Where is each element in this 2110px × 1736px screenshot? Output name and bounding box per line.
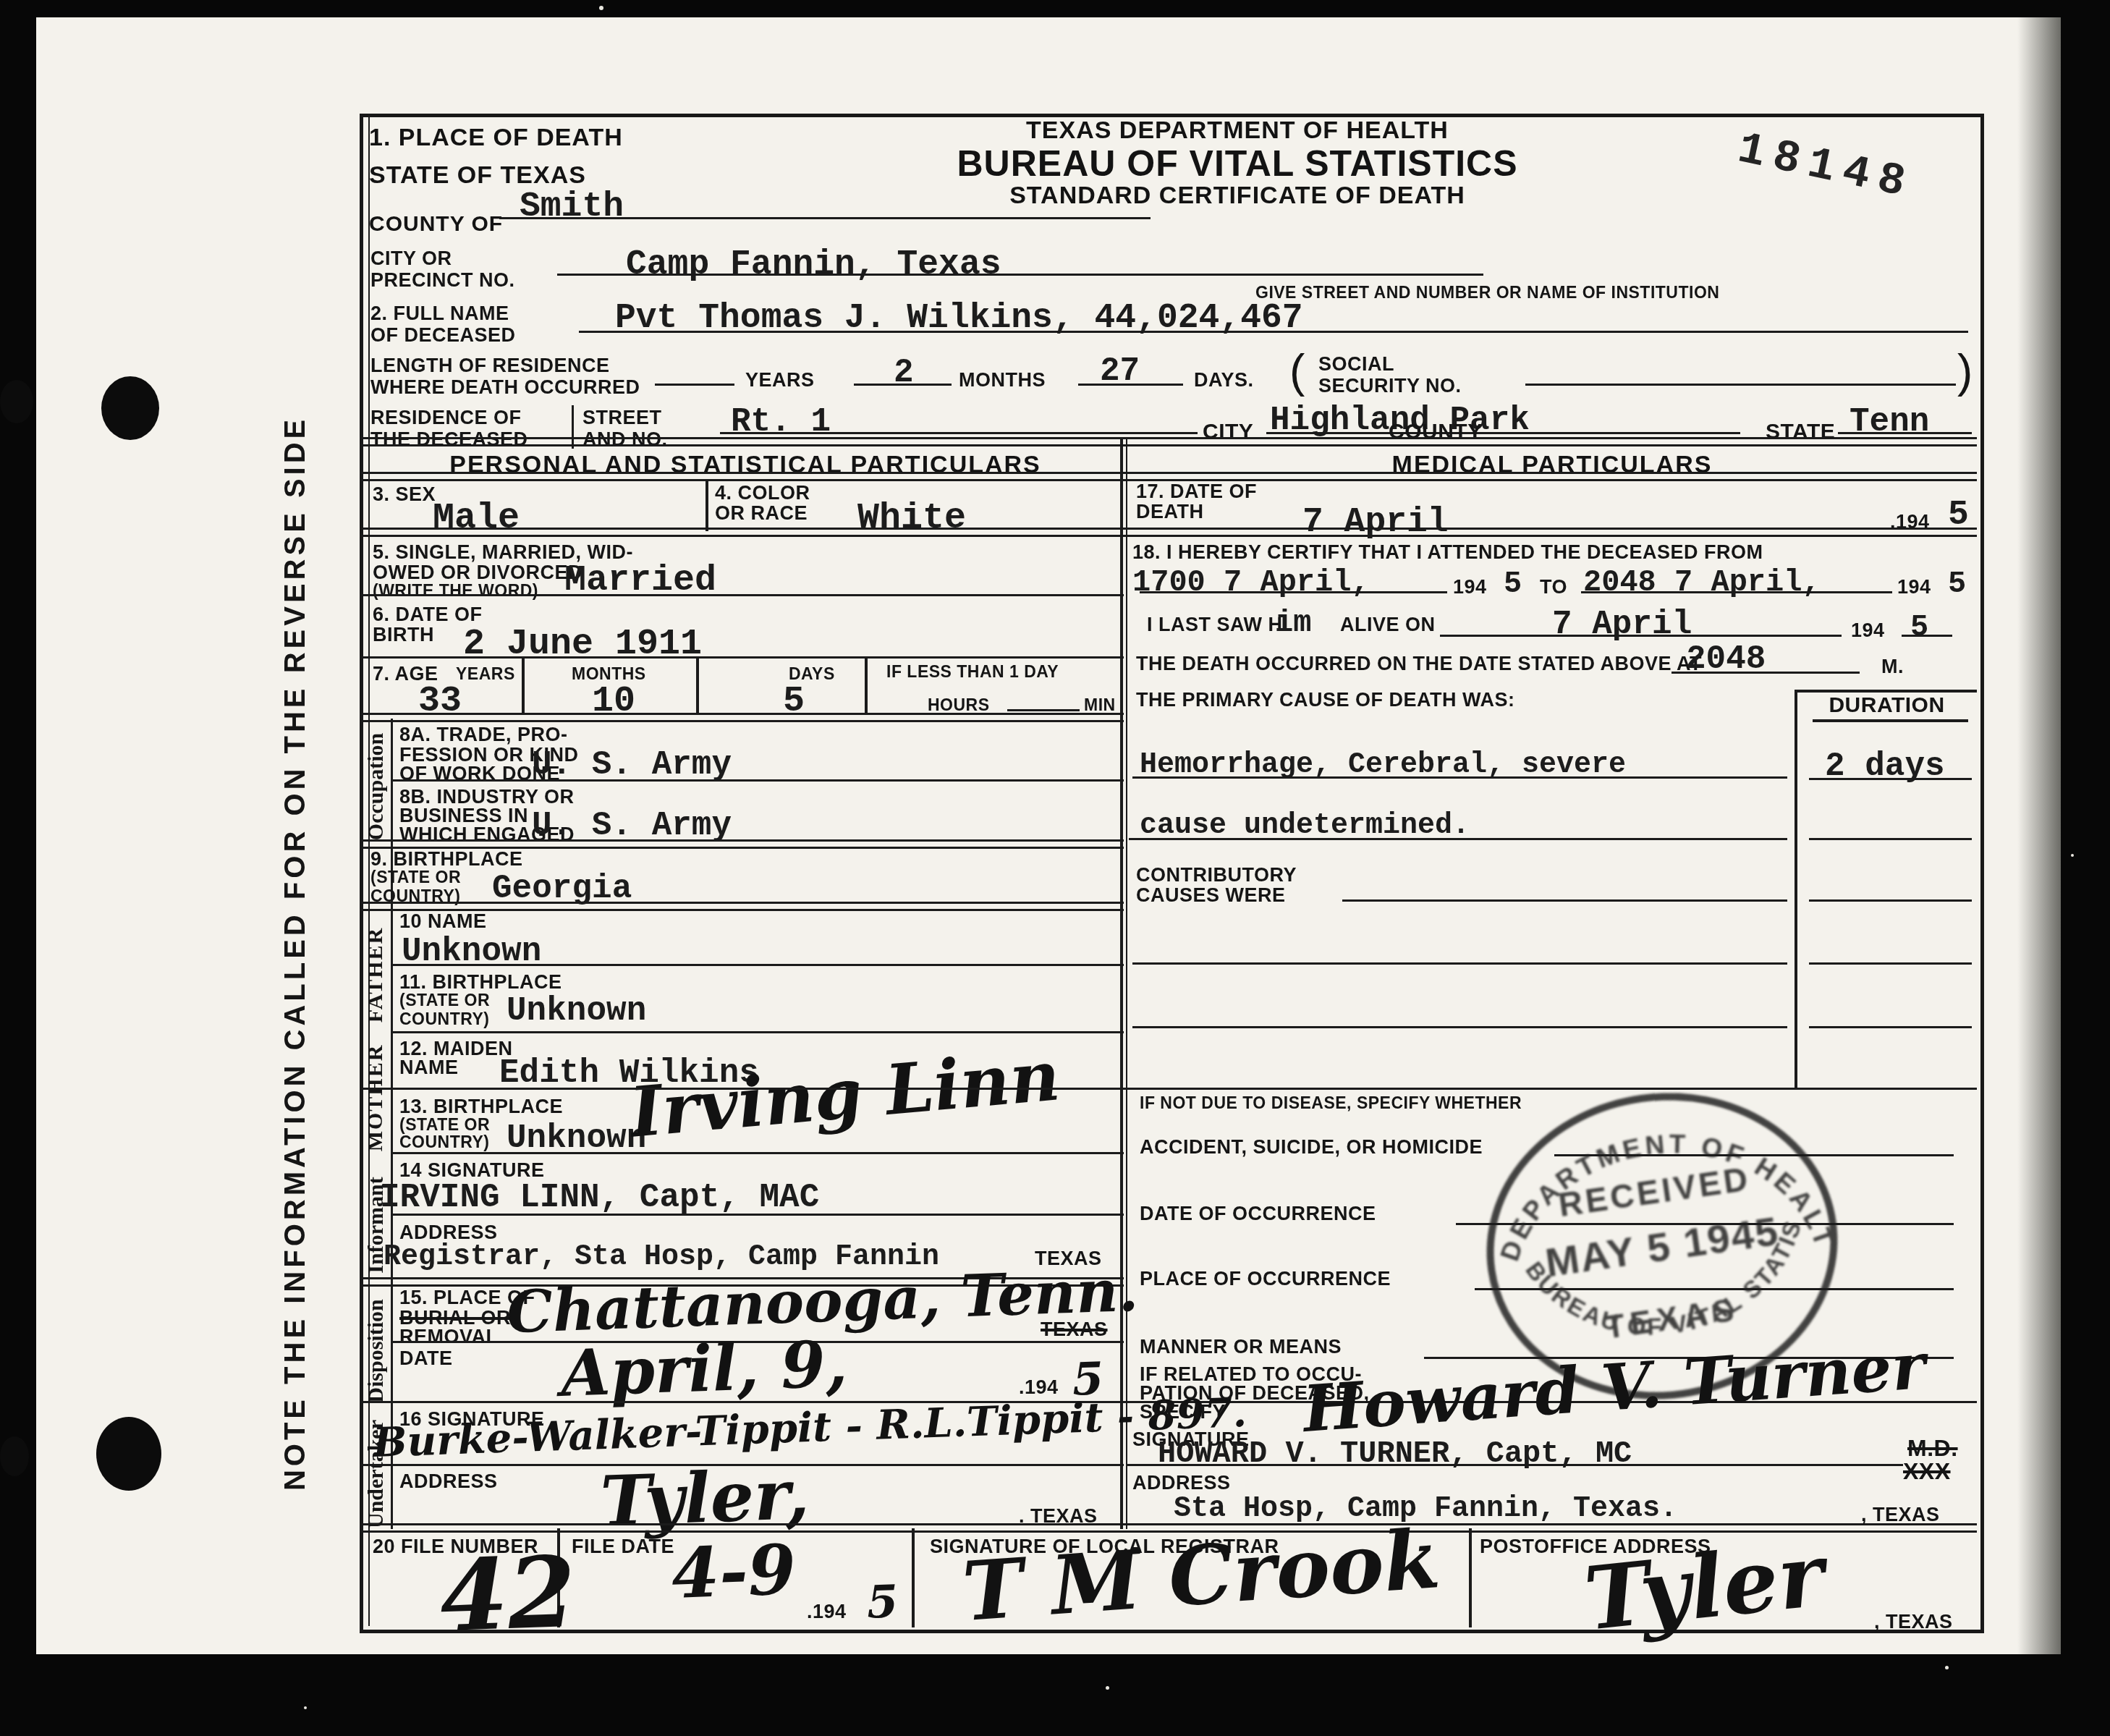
punch-hole bbox=[96, 1417, 161, 1491]
rule bbox=[655, 384, 734, 386]
full-name-label: 2. FULL NAME bbox=[370, 302, 509, 324]
occ-a-value: U. S. Army bbox=[532, 748, 732, 782]
rule bbox=[1809, 1026, 1972, 1028]
rule bbox=[360, 713, 1124, 722]
rule bbox=[1581, 591, 1892, 593]
rule bbox=[391, 1031, 1124, 1033]
strip-disposition: Disposition bbox=[365, 1285, 387, 1417]
death-date-label1: 17. DATE OF bbox=[1136, 480, 1257, 502]
film-speck bbox=[2071, 854, 2074, 857]
street-no-label: STREET bbox=[582, 407, 662, 428]
strip-mother: MOTHER bbox=[365, 1040, 386, 1156]
punch-hole bbox=[101, 376, 159, 440]
postoffice-state: , TEXAS bbox=[1874, 1611, 1953, 1633]
certify-to-label: TO bbox=[1540, 576, 1567, 598]
saw-year-pre: 194 bbox=[1851, 619, 1885, 641]
rule bbox=[696, 656, 699, 715]
violence-date-label: DATE OF OCCURRENCE bbox=[1140, 1203, 1376, 1224]
rule bbox=[865, 656, 868, 715]
rule bbox=[391, 779, 1124, 782]
certify-to-year-suf: 5 bbox=[1948, 569, 1966, 599]
birth-date-label2: BIRTH bbox=[373, 624, 434, 645]
city-precinct-label2: PRECINCT NO. bbox=[370, 269, 515, 291]
rule bbox=[1132, 962, 1787, 965]
place-of-death-title: 1. PLACE OF DEATH bbox=[369, 123, 623, 153]
film-speck bbox=[304, 1706, 307, 1709]
rule bbox=[912, 1528, 915, 1627]
rule bbox=[1140, 591, 1447, 593]
disposition-struck-texas: TEXAS bbox=[1041, 1318, 1108, 1340]
social-close-paren: ) bbox=[1957, 346, 1973, 398]
street-note: GIVE STREET AND NUMBER OR NAME OF INSTIT… bbox=[1255, 284, 1719, 302]
rule bbox=[1132, 776, 1787, 779]
film-blob bbox=[0, 1436, 29, 1476]
rule bbox=[391, 1214, 1124, 1216]
primary-cause-label: THE PRIMARY CAUSE OF DEATH WAS: bbox=[1136, 689, 1515, 711]
state-of-texas-label: STATE OF TEXAS bbox=[369, 161, 586, 190]
film-speck bbox=[1945, 1666, 1949, 1669]
mother-bp-value: Unknown bbox=[507, 1122, 646, 1155]
social-label2: SECURITY NO. bbox=[1318, 375, 1462, 397]
rule bbox=[1795, 690, 1977, 693]
death-year-suf: 5 bbox=[1948, 498, 1969, 533]
days-label: DAYS. bbox=[1194, 369, 1254, 391]
disposition-date-script: April, 9, bbox=[560, 1335, 849, 1402]
residence-label: RESIDENCE OF bbox=[370, 407, 522, 428]
rule bbox=[1078, 384, 1183, 386]
strip-father: FATHER bbox=[365, 917, 386, 1033]
strip-occupation: Occupation bbox=[365, 725, 387, 848]
rule bbox=[1809, 899, 1972, 902]
marital-label2: OWED OR DIVORCED bbox=[373, 562, 582, 583]
saw-label2: ALIVE ON bbox=[1340, 614, 1436, 635]
violence-rel-label3: SPECIFY bbox=[1140, 1401, 1226, 1423]
saw-year-suf: 5 bbox=[1910, 612, 1928, 643]
rule bbox=[1126, 1464, 1903, 1466]
death-date-value: 7 April bbox=[1302, 505, 1449, 540]
father-bp-label3: COUNTRY) bbox=[399, 1010, 490, 1029]
informant-addr-label: ADDRESS bbox=[399, 1221, 498, 1243]
undertaker-addr-label: ADDRESS bbox=[399, 1470, 498, 1492]
violence-label2: ACCIDENT, SUICIDE, OR HOMICIDE bbox=[1140, 1136, 1483, 1158]
mother-name-label2: NAME bbox=[399, 1057, 459, 1078]
age-min-label: MIN bbox=[1084, 696, 1116, 715]
file-year-pre: .194 bbox=[807, 1601, 847, 1622]
birthplace-label2: (STATE OR bbox=[370, 868, 461, 887]
certify-from-year-suf: 5 bbox=[1504, 569, 1522, 599]
rule bbox=[854, 384, 952, 386]
city-precinct-label: CITY OR bbox=[370, 247, 452, 269]
violence-manner-label: MANNER OR MEANS bbox=[1140, 1336, 1342, 1358]
occurred-label: THE DEATH OCCURRED ON THE DATE STATED AB… bbox=[1136, 653, 1702, 674]
postoffice-signature: Tyler bbox=[1581, 1536, 1827, 1639]
rule bbox=[1525, 384, 1956, 386]
film-speck bbox=[599, 6, 603, 10]
mother-bp-label1: 13. BIRTHPLACE bbox=[399, 1096, 563, 1117]
margin-note: NOTE THE INFORMATION CALLED FOR ON THE R… bbox=[279, 410, 312, 1496]
father-bp-label2: (STATE OR bbox=[399, 991, 490, 1010]
father-bp-value: Unknown bbox=[507, 994, 646, 1028]
certify-to-year-pre: 194 bbox=[1897, 576, 1931, 598]
occ-b-value: U. S. Army bbox=[532, 809, 732, 842]
rule bbox=[1809, 778, 1972, 780]
sex-label: 3. SEX bbox=[373, 483, 436, 505]
rule bbox=[360, 528, 1977, 537]
mother-bp-label2: (STATE OR bbox=[399, 1116, 490, 1135]
physician-addr-value: Sta Hosp, Camp Fannin, Texas. bbox=[1174, 1495, 1677, 1524]
length-residence-label2: WHERE DEATH OCCURRED bbox=[370, 376, 640, 398]
rule bbox=[391, 1152, 1124, 1154]
rule bbox=[1129, 838, 1787, 840]
months-label: MONTHS bbox=[959, 369, 1046, 391]
rule bbox=[1487, 432, 1740, 434]
certify-from-year-pre: 194 bbox=[1453, 576, 1487, 598]
rule bbox=[1132, 1026, 1787, 1028]
social-open-paren: ( bbox=[1289, 346, 1305, 398]
rule bbox=[1813, 719, 1968, 722]
contributory-label2: CAUSES WERE bbox=[1136, 884, 1286, 906]
race-label2: OR RACE bbox=[715, 502, 808, 524]
age-less-label: IF LESS THAN 1 DAY bbox=[886, 663, 1059, 682]
rule bbox=[1672, 672, 1860, 674]
violence-place-label: PLACE OF OCCURRENCE bbox=[1140, 1268, 1391, 1290]
informant-sig-typed: IRVING LINN, Capt, MAC bbox=[380, 1181, 819, 1214]
file-date-label: FILE DATE bbox=[572, 1536, 674, 1557]
saw-date: 7 April bbox=[1552, 608, 1692, 641]
film-blob bbox=[0, 380, 33, 423]
birthplace-label1: 9. BIRTHPLACE bbox=[370, 848, 523, 870]
father-bp-label1: 11. BIRTHPLACE bbox=[399, 971, 562, 993]
column-divider-inner bbox=[1126, 439, 1127, 1529]
film-speck bbox=[1106, 1686, 1109, 1690]
rule bbox=[720, 432, 1198, 434]
race-label: 4. COLOR bbox=[715, 482, 810, 504]
rule bbox=[1809, 962, 1972, 965]
father-name-label: 10 NAME bbox=[399, 910, 487, 932]
marital-label3: (WRITE THE WORD) bbox=[373, 582, 538, 601]
birth-date-label1: 6. DATE OF bbox=[373, 604, 483, 625]
header-bureau: BUREAU OF VITAL STATISTICS bbox=[796, 142, 1679, 185]
file-date-value: 4-9 bbox=[671, 1539, 797, 1605]
physician-addr-label: ADDRESS bbox=[1132, 1472, 1231, 1494]
social-label1: SOCIAL bbox=[1318, 353, 1394, 375]
scanned-death-certificate: NOTE THE INFORMATION CALLED FOR ON THE R… bbox=[0, 0, 2110, 1736]
rule bbox=[1838, 432, 1972, 434]
disposition-label3: REMOVAL bbox=[399, 1326, 499, 1347]
full-name-label2: OF DECEASED bbox=[370, 324, 516, 346]
length-residence-label: LENGTH OF RESIDENCE bbox=[370, 355, 610, 376]
duration-box-border bbox=[1795, 690, 1797, 1088]
paper-edge-shadow bbox=[2017, 17, 2061, 1654]
rule bbox=[557, 274, 1483, 276]
years-label: YEARS bbox=[745, 369, 815, 391]
section-divider bbox=[360, 437, 1977, 446]
column-divider bbox=[1120, 439, 1123, 1529]
physician-md-x: XXX bbox=[1903, 1459, 1951, 1485]
occurred-m-label: M. bbox=[1881, 656, 1904, 677]
death-date-label2: DEATH bbox=[1136, 501, 1204, 522]
death-year-pre: .194 bbox=[1890, 511, 1930, 533]
county-of-label: COUNTY OF bbox=[369, 211, 503, 237]
rule bbox=[499, 217, 1151, 219]
age-hours-label: HOURS bbox=[928, 696, 990, 715]
file-year-suf: 5 bbox=[866, 1581, 899, 1622]
rule bbox=[1809, 838, 1972, 840]
file-number-value: 42 bbox=[438, 1548, 577, 1640]
duration-label: DURATION bbox=[1809, 693, 1965, 718]
saw-fill: im bbox=[1275, 608, 1311, 638]
birthplace-value: Georgia bbox=[492, 872, 632, 905]
rule bbox=[579, 331, 1968, 333]
city-value: Camp Fannin, Texas bbox=[626, 247, 1001, 282]
informant-sig-label: 14 SIGNATURE bbox=[399, 1159, 545, 1181]
rule bbox=[360, 656, 1124, 659]
cause-line1: Hemorrhage, Cerebral, severe bbox=[1140, 751, 1626, 780]
rule bbox=[706, 479, 708, 531]
rule bbox=[1007, 709, 1080, 711]
rule bbox=[391, 964, 1124, 966]
header-standard: STANDARD CERTIFICATE OF DEATH bbox=[796, 181, 1679, 211]
rule bbox=[522, 656, 525, 715]
cause-line2: cause undetermined. bbox=[1140, 812, 1470, 841]
disposition-date-label: DATE bbox=[399, 1347, 453, 1369]
mother-bp-label3: COUNTRY) bbox=[399, 1133, 490, 1152]
physician-addr-state: , TEXAS bbox=[1861, 1504, 1940, 1525]
age-years-label: YEARS bbox=[456, 665, 515, 684]
rule bbox=[1342, 899, 1787, 902]
saw-label1: I LAST SAW H bbox=[1147, 614, 1283, 635]
rule bbox=[1469, 1528, 1472, 1627]
occ-a-label1: 8A. TRADE, PRO- bbox=[399, 724, 568, 745]
header-dept: TEXAS DEPARTMENT OF HEALTH bbox=[796, 116, 1679, 145]
certify-label: 18. I HEREBY CERTIFY THAT I ATTENDED THE… bbox=[1132, 541, 1763, 563]
contributory-label1: CONTRIBUTORY bbox=[1136, 864, 1297, 886]
rule bbox=[360, 1088, 1124, 1090]
rule bbox=[360, 594, 1124, 596]
